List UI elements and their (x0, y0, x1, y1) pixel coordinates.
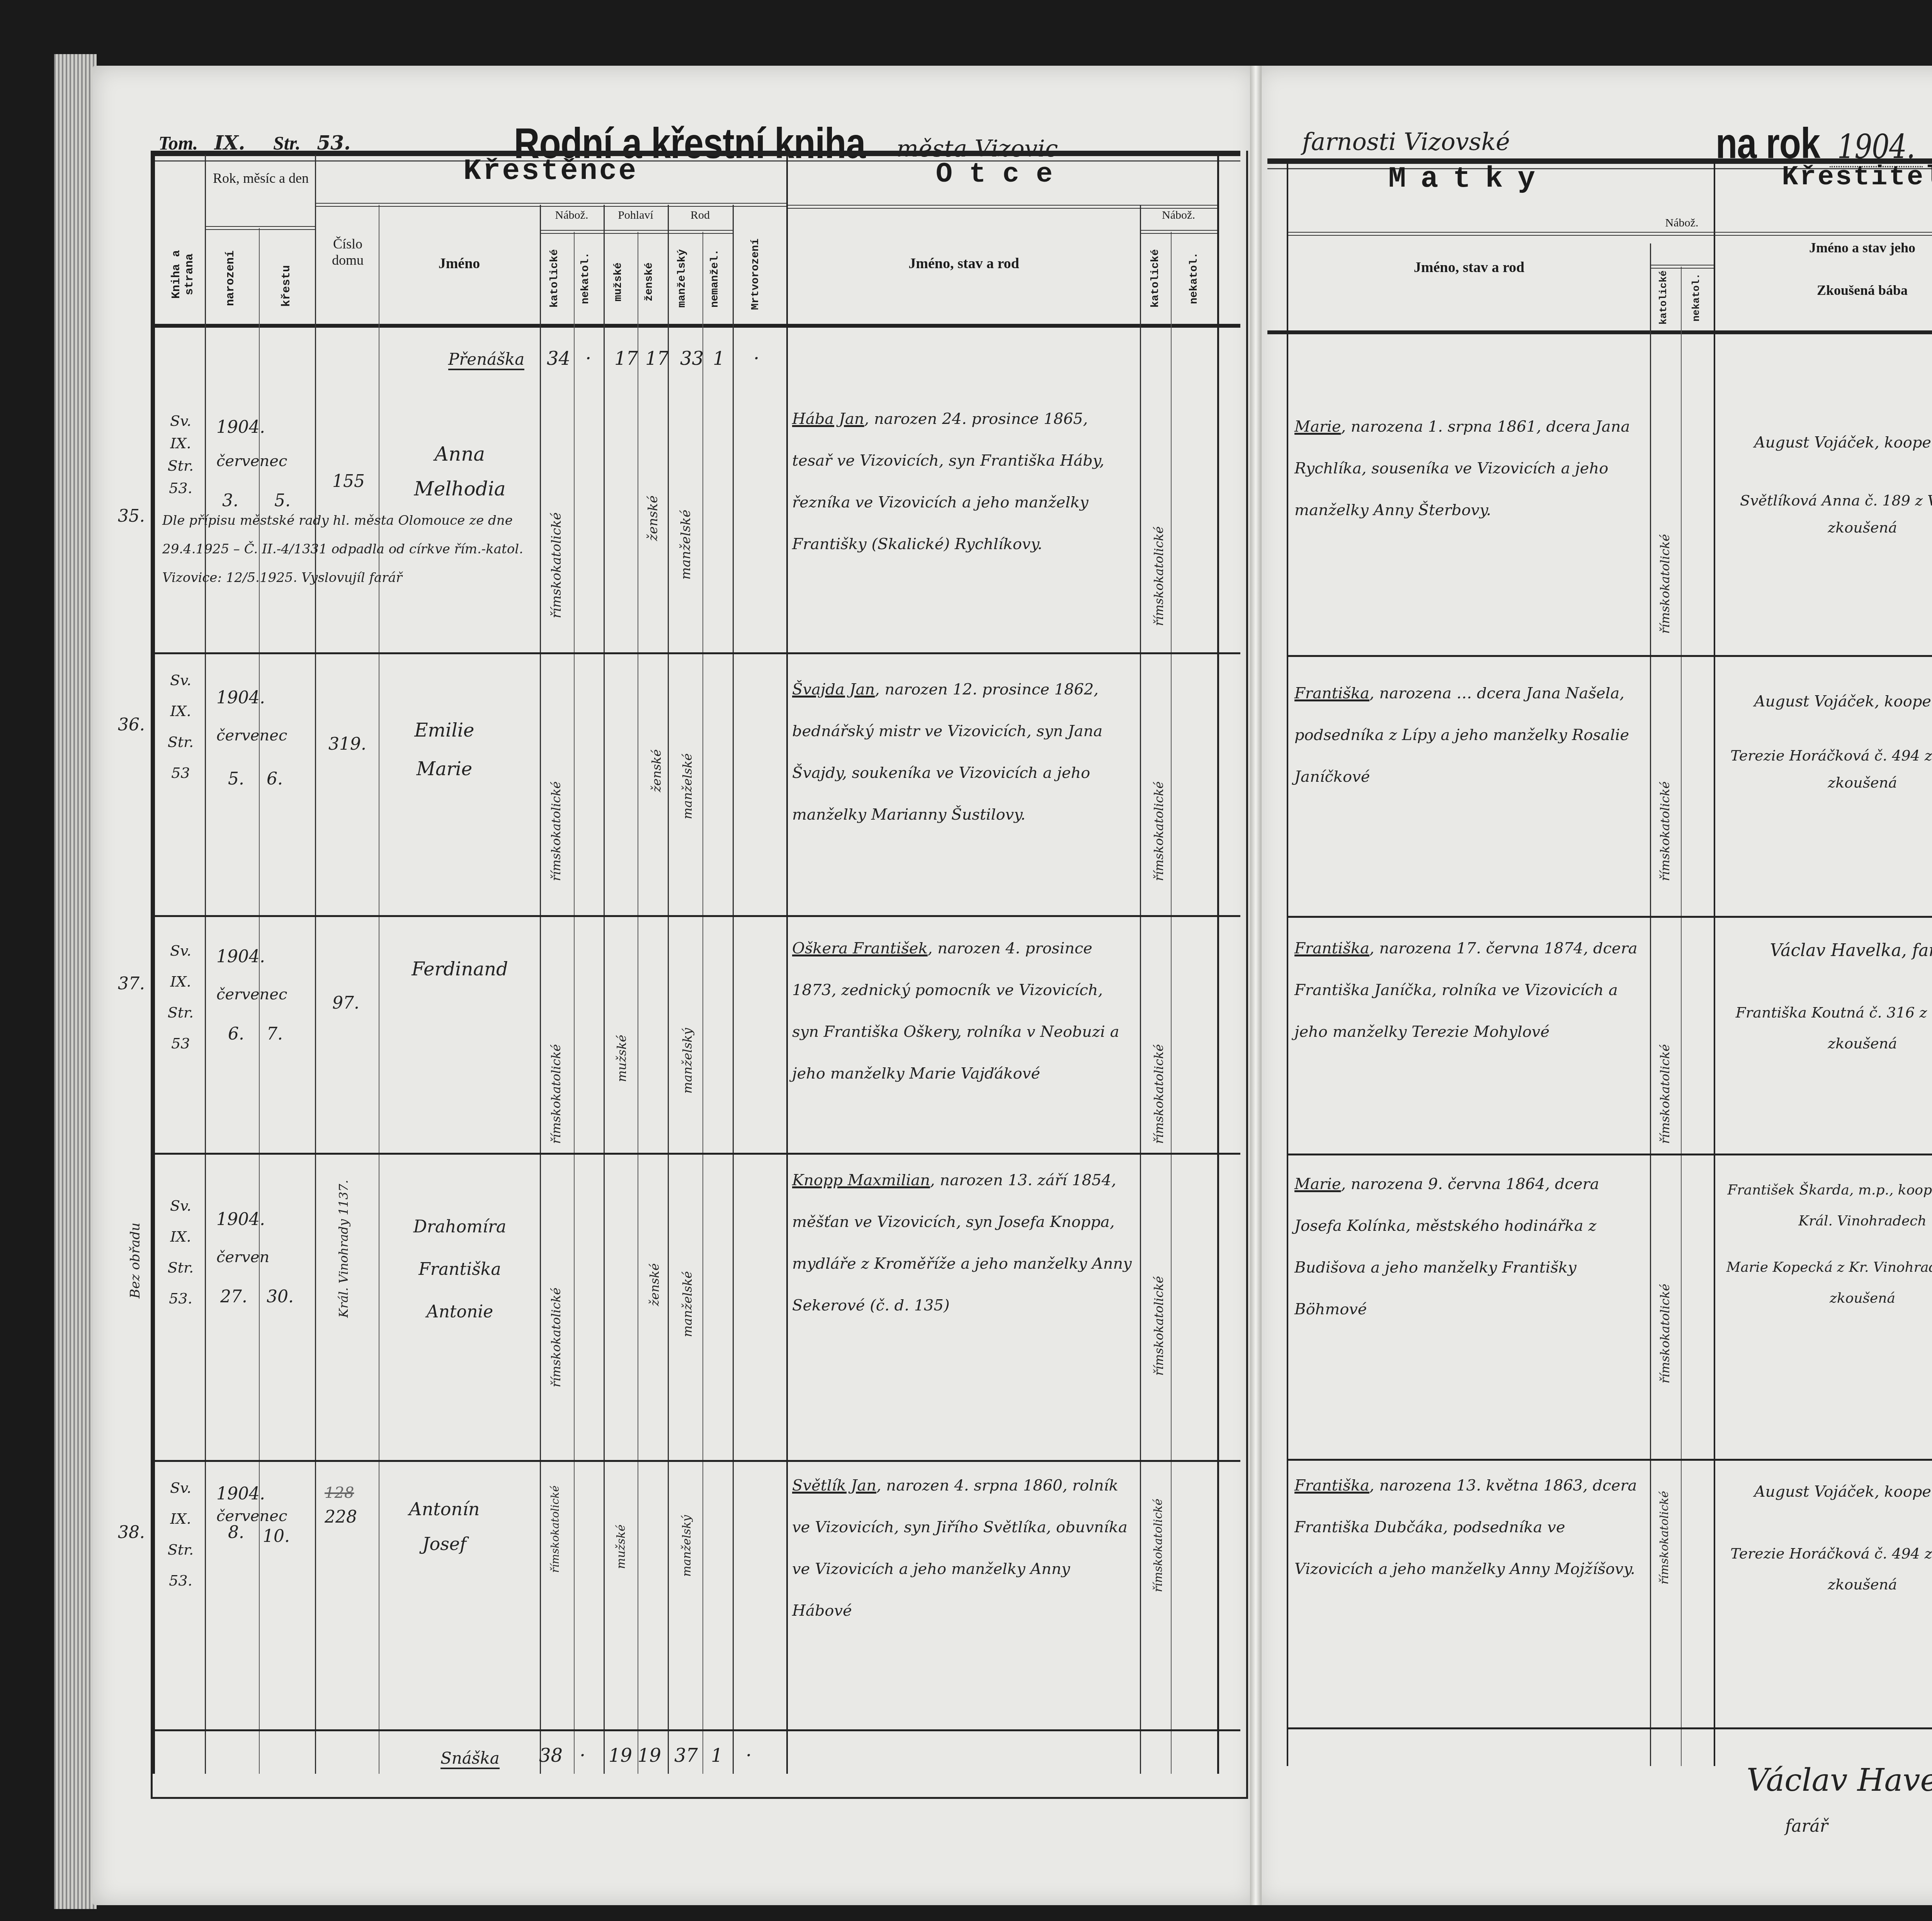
entry-house-number: Král. Vinohrady 1137. (336, 1171, 351, 1318)
entry-kniha: Sv. IX. Str. 53. (158, 410, 203, 499)
total-manzelsky: 37 (674, 1745, 698, 1766)
carry-manzelsky: 33 (680, 348, 704, 369)
father-religion: římskokatolické (1151, 665, 1166, 881)
father-entry: Švajda Jan, narozen 12. prosince 1862, b… (792, 669, 1132, 835)
entry-religion: římskokatolické (549, 927, 563, 1144)
entry-month: červen (216, 1248, 269, 1266)
col-katolicke: katolické (549, 240, 561, 317)
mother-religion: římskokatolické (1658, 665, 1672, 881)
mother-entry: Františka, narozena … dcera Jana Našela,… (1294, 672, 1642, 798)
midwife-name: Františka Koutná č. 316 z Vizovic, zkouš… (1723, 997, 1932, 1059)
father-entry: Světlík Jan, narozen 4. srpna 1860, roln… (792, 1465, 1132, 1632)
entry-sex: ženské (649, 715, 664, 792)
section-krestence: Křestěnce (315, 155, 786, 188)
entry-baptism-day: 6. (267, 769, 283, 789)
col-matky-nekatol: nekatol. (1690, 271, 1702, 325)
col-rod: Rod (668, 209, 733, 222)
entry-sex: ženské (645, 425, 661, 541)
total-zenske: 19 (638, 1745, 661, 1766)
col-kniha-strana: Kniha a strana (170, 232, 196, 317)
mother-entry: Františka, narozena 17. června 1874, dce… (1294, 927, 1642, 1053)
entry-legitimacy: manželské (680, 1198, 695, 1337)
entry-year: 1904. (216, 688, 265, 708)
entry-month: červenec (216, 985, 287, 1003)
baptist-name: František Škarda, m.p., kooperator na Kr… (1723, 1175, 1932, 1237)
col-jmeno: Jméno (379, 255, 540, 272)
entry-house-number: 97. (332, 993, 359, 1013)
section-krestitel: Křestitel (1715, 162, 1932, 193)
col-otce-jmeno: Jméno, stav a rod (788, 255, 1140, 272)
entry-sex: mužské (614, 1499, 628, 1569)
mother-name: Marie (1294, 418, 1341, 436)
entry-kniha: Sv. IX. Str. 53. (158, 1190, 203, 1314)
child-name: Emilie Marie (386, 711, 502, 788)
carry-mrtvorozeni: · (753, 348, 759, 369)
entry-sex: ženské (647, 1229, 662, 1306)
col-matky-katolicke: katolické (1658, 271, 1669, 325)
father-name: Hába Jan (792, 410, 864, 428)
father-entry: Hába Jan, narozen 24. prosince 1865, tes… (792, 398, 1132, 565)
mother-entry: Marie, narozena 1. srpna 1861, dcera Jan… (1294, 406, 1642, 531)
father-details: , narozen 12. prosince 1862, bednářský m… (792, 681, 1102, 824)
baptist-name: Václav Havelka, farář (1723, 935, 1932, 966)
mother-entry: Marie, narozena 9. června 1864, dcera Jo… (1294, 1163, 1642, 1330)
entry-kniha: Sv. IX. Str. 53 (158, 665, 203, 788)
col-naboz: Nábož. (540, 209, 604, 222)
child-name: Drahomíra Františka Antonie (386, 1206, 533, 1333)
carry-katolicke: 34 (547, 348, 570, 369)
carry-zenske: 17 (645, 348, 669, 369)
col-krestitel-jmeno: Jméno a stav jeho (1715, 240, 1932, 256)
midwife-name: Světlíková Anna č. 189 z Vizovic, zkouše… (1723, 487, 1932, 541)
total-muzske: 19 (609, 1745, 632, 1766)
section-otce: Otce (788, 158, 1217, 190)
mother-religion: římskokatolické (1658, 1468, 1671, 1584)
father-religion: římskokatolické (1151, 927, 1166, 1144)
baptist-name: August Vojáček, kooperator (1723, 1476, 1932, 1507)
col-otce-naboz: Nábož. (1140, 209, 1217, 222)
father-religion: římskokatolické (1151, 1468, 1165, 1592)
entry-kniha: Sv. IX. Str. 53. (158, 1472, 203, 1596)
col-muzske: mužské (612, 247, 624, 317)
entry-birth-day: 5. (228, 769, 244, 789)
book-spine (1250, 66, 1262, 1905)
entry-birth-day: 6. (228, 1024, 244, 1044)
child-name: Anna Melhodia (386, 437, 533, 506)
entry-month: červenec (216, 1507, 287, 1525)
col-cislo-domu: Číslo domu (317, 236, 379, 268)
father-details: , narozen 4. srpna 1860, rolník ve Vizov… (792, 1477, 1128, 1620)
total-nemanzel: 1 (711, 1745, 723, 1766)
col-otce-nekatol: nekatol. (1188, 240, 1200, 317)
entry-legitimacy: manželské (678, 425, 694, 580)
entry-religion: římskokatolické (549, 1468, 561, 1573)
father-name: Světlík Jan (792, 1477, 876, 1494)
father-details: , narozen 24. prosince 1865, tesař ve Vi… (792, 410, 1104, 553)
entry-house-number: 155 (332, 471, 365, 491)
father-details: , narozen 13. září 1854, měšťan ve Vizov… (792, 1171, 1132, 1314)
entry-year: 1904. (216, 1210, 265, 1229)
father-name: Oškera František (792, 939, 928, 957)
entry-birth-day: 27. (220, 1287, 247, 1307)
child-name: Ferdinand (386, 958, 533, 980)
entry-number: 35. (118, 506, 145, 526)
total-label: Snáška (440, 1749, 500, 1769)
father-details: , narozen 4. prosince 1873, zednický pom… (792, 939, 1119, 1082)
entry-number: 36. (118, 715, 145, 735)
col-zkousena-baba: Zkoušená bába (1715, 282, 1932, 298)
col-matky-jmeno: Jméno, stav a rod (1288, 259, 1650, 276)
carry-nekatol: · (585, 348, 591, 369)
col-krestu: křestu (280, 255, 293, 317)
col-nemanzel: nemanžel. (709, 240, 721, 317)
entry-month: červenec (216, 452, 287, 470)
mother-religion: římskokatolické (1658, 386, 1672, 634)
total-katolicke: 38 (539, 1745, 563, 1766)
father-entry: Knopp Maxmilian, narozen 13. září 1854, … (792, 1159, 1132, 1326)
mother-religion: římskokatolické (1658, 1167, 1672, 1383)
entry-baptism-day: 30. (267, 1287, 294, 1307)
entry-number: 38. (118, 1523, 145, 1542)
col-pohlavi: Pohlaví (604, 209, 668, 222)
father-religion: římskokatolické (1151, 379, 1166, 626)
entry-house-number: 319. (328, 734, 366, 754)
mother-name: Františka (1294, 1477, 1369, 1494)
entry-annotation: Dle přípisu městské rady hl. města Olomo… (162, 506, 526, 592)
margin-note: Bez obřadu (128, 1206, 143, 1298)
entry-baptism-day: 7. (267, 1024, 283, 1044)
carry-over-label: Přenáška (448, 350, 524, 370)
father-religion: římskokatolické (1151, 1159, 1166, 1376)
entry-birth-day: 8. (228, 1523, 244, 1542)
col-matky-naboz: Nábož. (1650, 216, 1714, 230)
entry-kniha: Sv. IX. Str. 53 (158, 935, 203, 1059)
entry-year: 1904. (216, 1484, 265, 1504)
father-name: Knopp Maxmilian (792, 1171, 930, 1189)
mother-entry: Františka, narozena 13. května 1863, dce… (1294, 1465, 1642, 1590)
midwife-name: Terezie Horáčková č. 494 z Vizovic, zkou… (1723, 1538, 1932, 1600)
entry-house-number: 228 (325, 1507, 357, 1527)
baptist-name: August Vojáček, kooperator (1723, 688, 1932, 715)
entry-legitimacy: manželský (680, 1484, 694, 1577)
mother-name: Marie (1294, 1175, 1341, 1193)
father-entry: Oškera František, narozen 4. prosince 18… (792, 927, 1132, 1094)
carry-nemanzel: 1 (713, 348, 725, 369)
col-otce-katolicke: katolické (1150, 240, 1162, 317)
mother-details: , narozena 9. června 1864, dcera Josefa … (1294, 1175, 1599, 1318)
entry-sex: mužské (614, 966, 629, 1082)
book-page-edges-left (54, 54, 97, 1909)
carry-muzske: 17 (614, 348, 638, 369)
entry-baptism-day: 10. (263, 1526, 290, 1546)
entry-religion: římskokatolické (549, 1171, 563, 1387)
total-nekatol: · (580, 1745, 585, 1766)
col-narozeni: narození (224, 240, 237, 317)
father-name: Švajda Jan (792, 681, 875, 698)
total-mrtvorozeni: · (746, 1745, 752, 1766)
entry-legitimacy: manželské (680, 703, 695, 819)
col-nekatol: nekatol. (580, 240, 592, 317)
entry-number: 37. (118, 974, 145, 994)
entry-year: 1904. (216, 417, 265, 437)
signature-title: farář (1785, 1816, 1828, 1836)
section-matky: Matky (1288, 162, 1650, 196)
signature-name: Václav Havelka (1747, 1762, 1932, 1798)
col-manzelsky: manželský (676, 240, 688, 317)
midwife-name: Marie Kopecká z Kr. Vinohradů č. 431, zk… (1723, 1252, 1932, 1314)
entry-house-number-struck: 128 (325, 1484, 354, 1502)
parish-name: farnosti Vizovské (1302, 128, 1510, 156)
midwife-name: Terezie Horáčková č. 494 z Vizovic, zkou… (1723, 742, 1932, 796)
col-zenske: ženské (643, 247, 655, 317)
child-name: Antonín Josef (386, 1492, 502, 1561)
col-rok-mesic-den: Rok, měsíc a den (207, 170, 315, 186)
entry-legitimacy: manželský (680, 955, 695, 1094)
entry-religion: římskokatolické (549, 386, 564, 618)
entry-year: 1904. (216, 947, 265, 966)
entry-religion: římskokatolické (549, 665, 563, 881)
mother-name: Františka (1294, 939, 1369, 957)
col-mrtvorozeni: Mrtvorození (750, 232, 762, 317)
baptist-name: August Vojáček, kooperator (1723, 429, 1932, 456)
entry-month: červenec (216, 727, 287, 744)
mother-details: , narozena 1. srpna 1861, dcera Jana Ryc… (1294, 418, 1630, 519)
mother-religion: římskokatolické (1658, 927, 1672, 1144)
mother-name: Františka (1294, 684, 1369, 702)
